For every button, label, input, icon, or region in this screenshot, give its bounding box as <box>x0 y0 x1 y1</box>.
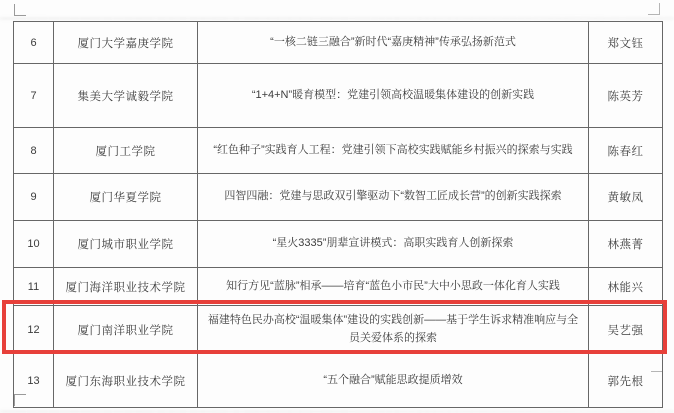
person-name: 陈英芳 <box>608 91 644 103</box>
project-title-cell: “星火3335”朋辈宣讲模式：高职实践育人创新探索 <box>198 221 589 268</box>
table-row: 10 厦门城市职业学院 “星火3335”朋辈宣讲模式：高职实践育人创新探索 林燕… <box>14 221 663 268</box>
person-cell: 黄敏凤 <box>589 174 663 221</box>
person-cell: 郭先根 <box>589 354 663 408</box>
project-title: 福建特色民办高校“温暖集体”建设的实践创新——基于学生诉求精准响应与全员关爱体系… <box>208 314 578 343</box>
row-number-cell: 10 <box>14 221 54 268</box>
project-title-cell: “五个融合”赋能思政提质增效 <box>198 354 589 408</box>
row-number: 11 <box>28 281 39 293</box>
row-number-cell: 6 <box>14 22 54 64</box>
institution-cell: 厦门华夏学院 <box>54 174 198 221</box>
project-title: “星火3335”朋辈宣讲模式：高职实践育人创新探索 <box>273 237 514 249</box>
project-title-cell: 知行方见“蓝脉”相承——培育“蓝色小市民”大中小思政一体化育人实践 <box>198 268 589 306</box>
institution-cell: 厦门南洋职业学院 <box>54 306 198 354</box>
person-cell: 陈春红 <box>589 128 663 174</box>
row-number: 13 <box>27 375 39 387</box>
scan-artifact <box>0 17 674 20</box>
person-name: 陈春红 <box>608 146 644 158</box>
row-number-cell: 9 <box>14 174 54 221</box>
document-page: 6 厦门大学嘉庚学院 “一核二链三融合”新时代“嘉庚精神”传承弘扬新范式 郑文钰… <box>0 0 674 413</box>
project-title-cell: 福建特色民办高校“温暖集体”建设的实践创新——基于学生诉求精准响应与全员关爱体系… <box>198 306 589 354</box>
person-name: 郑文钰 <box>608 38 644 50</box>
row-number: 8 <box>30 145 36 157</box>
row-number: 10 <box>27 238 39 250</box>
institution-cell: 厦门东海职业技术学院 <box>54 354 198 408</box>
project-title-cell: “1+4+N”暖育模型：党建引领高校温暖集体建设的创新实践 <box>198 64 589 128</box>
row-number: 7 <box>30 90 36 102</box>
table-row: 11 厦门海洋职业技术学院 知行方见“蓝脉”相承——培育“蓝色小市民”大中小思政… <box>14 268 663 306</box>
institution-cell: 厦门大学嘉庚学院 <box>54 22 198 64</box>
project-title: “红色种子”实践育人工程：党建引领下高校实践赋能乡村振兴的探索与实践 <box>213 144 572 156</box>
person-name: 郭先根 <box>608 376 644 388</box>
person-name: 林能兴 <box>608 282 644 294</box>
institution-name: 厦门海洋职业技术学院 <box>66 282 186 294</box>
row-number-cell: 12 <box>14 306 54 354</box>
table-row: 6 厦门大学嘉庚学院 “一核二链三融合”新时代“嘉庚精神”传承弘扬新范式 郑文钰 <box>14 22 663 64</box>
project-title: “一核二链三融合”新时代“嘉庚精神”传承弘扬新范式 <box>270 36 516 48</box>
person-cell: 林燕菁 <box>589 221 663 268</box>
row-number: 6 <box>30 37 36 49</box>
table-row: 9 厦门华夏学院 四智四融：党建与思政双引擎驱动下“数智工匠成长营”的创新实践探… <box>14 174 663 221</box>
person-cell: 陈英芳 <box>589 64 663 128</box>
institution-name: 厦门东海职业技术学院 <box>66 376 186 388</box>
person-cell: 吴艺强 <box>589 306 663 354</box>
row-number-cell: 11 <box>14 268 54 306</box>
project-title: “五个融合”赋能思政提质增效 <box>323 374 462 386</box>
table-row: 13 厦门东海职业技术学院 “五个融合”赋能思政提质增效 郭先根 <box>14 354 663 408</box>
row-number-cell: 13 <box>14 354 54 408</box>
institution-name: 厦门城市职业学院 <box>78 239 174 251</box>
person-name: 吴艺强 <box>608 325 644 337</box>
institution-name: 厦门华夏学院 <box>90 192 162 204</box>
institution-cell: 厦门工学院 <box>54 128 198 174</box>
table-corner-mark-top-right <box>648 3 660 15</box>
row-number: 9 <box>30 191 36 203</box>
project-title-cell: “红色种子”实践育人工程：党建引领下高校实践赋能乡村振兴的探索与实践 <box>198 128 589 174</box>
project-title: 四智四融：党建与思政双引擎驱动下“数智工匠成长营”的创新实践探索 <box>224 190 561 202</box>
table-corner-mark-top-left <box>14 4 26 16</box>
table-row: 12 厦门南洋职业学院 福建特色民办高校“温暖集体”建设的实践创新——基于学生诉… <box>14 306 663 354</box>
row-number: 12 <box>27 324 39 336</box>
institution-name: 集美大学诚毅学院 <box>78 91 174 103</box>
institution-cell: 厦门海洋职业技术学院 <box>54 268 198 306</box>
row-number-cell: 7 <box>14 64 54 128</box>
table-row: 8 厦门工学院 “红色种子”实践育人工程：党建引领下高校实践赋能乡村振兴的探索与… <box>14 128 663 174</box>
person-cell: 林能兴 <box>589 268 663 306</box>
institution-cell: 集美大学诚毅学院 <box>54 64 198 128</box>
project-title: “1+4+N”暖育模型：党建引领高校温暖集体建设的创新实践 <box>252 89 534 101</box>
project-title-cell: “一核二链三融合”新时代“嘉庚精神”传承弘扬新范式 <box>198 22 589 64</box>
institution-cell: 厦门城市职业学院 <box>54 221 198 268</box>
table-row: 7 集美大学诚毅学院 “1+4+N”暖育模型：党建引领高校温暖集体建设的创新实践… <box>14 64 663 128</box>
project-title: 知行方见“蓝脉”相承——培育“蓝色小市民”大中小思政一体化育人实践 <box>226 280 560 292</box>
row-number-cell: 8 <box>14 128 54 174</box>
person-cell: 郑文钰 <box>589 22 663 64</box>
person-name: 黄敏凤 <box>608 192 644 204</box>
institution-name: 厦门大学嘉庚学院 <box>78 38 174 50</box>
project-title-cell: 四智四融：党建与思政双引擎驱动下“数智工匠成长营”的创新实践探索 <box>198 174 589 221</box>
institution-name: 厦门南洋职业学院 <box>78 325 174 337</box>
person-name: 林燕菁 <box>608 239 644 251</box>
table-body: 6 厦门大学嘉庚学院 “一核二链三融合”新时代“嘉庚精神”传承弘扬新范式 郑文钰… <box>14 22 663 408</box>
awards-table: 6 厦门大学嘉庚学院 “一核二链三融合”新时代“嘉庚精神”传承弘扬新范式 郑文钰… <box>13 21 663 408</box>
institution-name: 厦门工学院 <box>96 146 156 158</box>
